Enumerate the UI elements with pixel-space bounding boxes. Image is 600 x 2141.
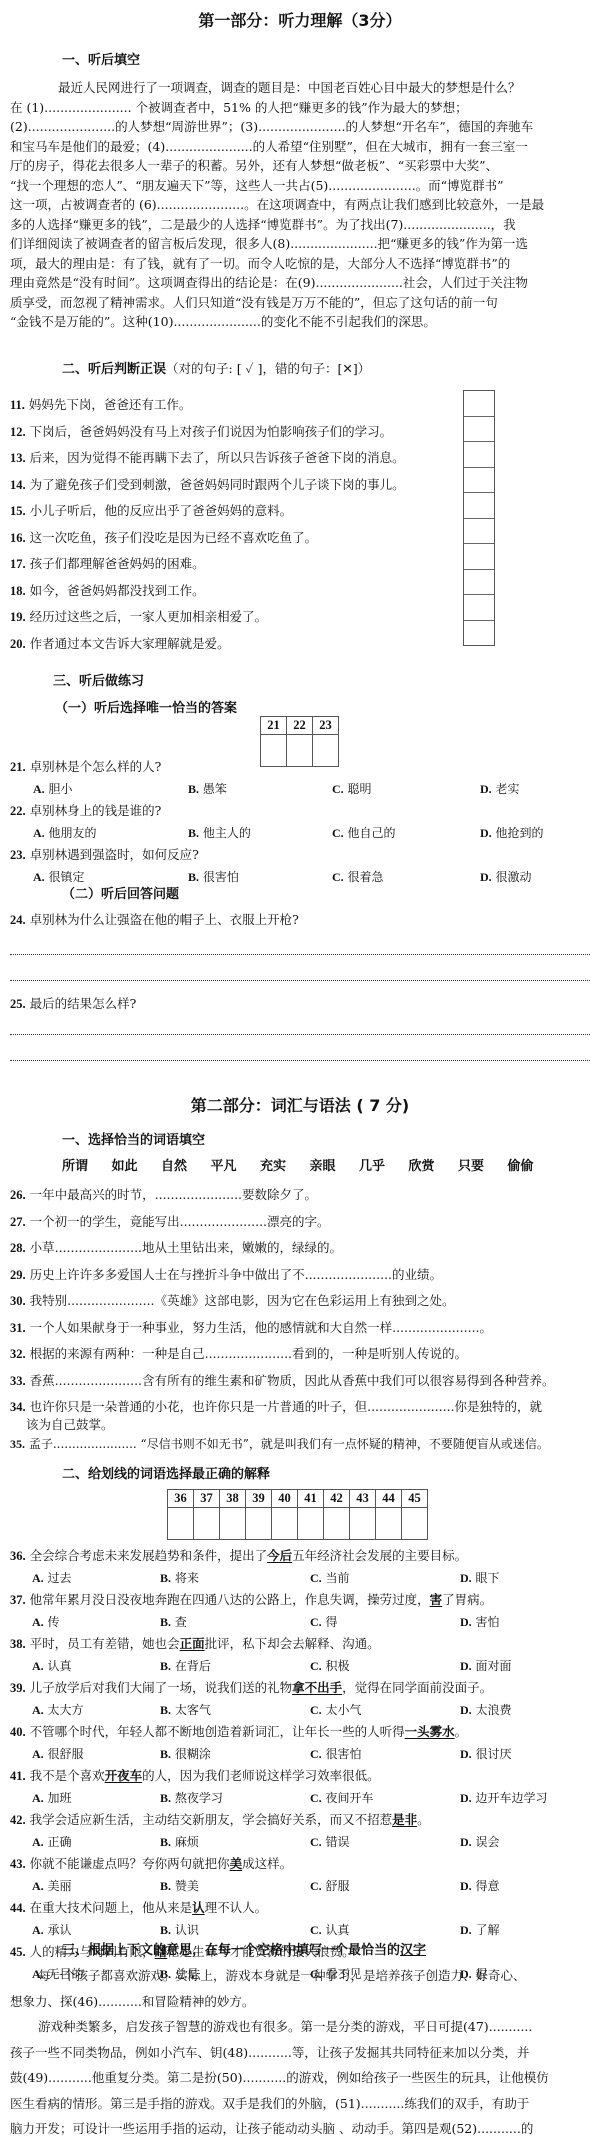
option[interactable]: B. 将来 [160, 1568, 199, 1590]
question: 39. 儿子放学后对我们大闹了一场，说我们送的礼物拿不出手，觉得在同学面前没面子… [10, 1677, 590, 1700]
option[interactable]: A. 很舒服 [32, 1744, 84, 1766]
passage-line: 们详细阅读了被调查者的留言板后发现，很多人(8)................… [10, 234, 590, 254]
fill-item: 31. 一个人如果献身于一种事业，努力生活，他的感情就和大自然一样.......… [10, 1315, 590, 1342]
fill-item: 30. 我特别......................《英雄》这部电影，因为… [10, 1288, 590, 1315]
answer-line[interactable] [10, 980, 590, 983]
tf-item: 12. 下岗后，爸爸妈妈没有马上对孩子们说因为怕影响孩子们的学习。 [10, 419, 460, 446]
options-row: A. 他朋友的 B. 他主人的 C. 他自己的 D. 他抢到的 [10, 822, 590, 844]
passage-line: (2)......................的人梦想“周游世界”；(3).… [10, 117, 590, 137]
fill-item: 29. 历史上许许多多爱国人士在与挫折斗争中做出了不..............… [10, 1262, 590, 1289]
answer-box[interactable] [464, 468, 494, 494]
fill-blank-passage: 最近人民网进行了一项调查，调查的题目是：中国老百姓心目中最大的梦想是什么？ 在 … [10, 78, 590, 332]
question: 21. 卓别林是个怎么样的人? [10, 756, 590, 778]
passage-line: “金钱不是万能的”。这种(10)......................的变… [10, 312, 590, 332]
question: 43. 你就不能谦虚点吗？夸你两句就把你美成这样。 [10, 1853, 590, 1876]
underlined-word: 今后 [267, 1548, 292, 1563]
mc-answer-grid-36-45: 36373839404142434445 [167, 1489, 428, 1540]
underlined-word: 是非 [392, 1812, 417, 1827]
option[interactable]: C. 得 [310, 1612, 338, 1634]
part2-sec2-title: 二、给划线的词语选择最正确的解释 [62, 1463, 270, 1482]
part1-sec3-sub2-title: （二）听后回答问题 [62, 883, 179, 902]
option[interactable]: C. 积极 [310, 1656, 350, 1678]
cloze-passage-2: 游戏种类繁多，启发孩子智慧的游戏也有很多。第一是分类的游戏，平日可提(47)..… [10, 2014, 590, 2141]
answer-box[interactable] [464, 621, 494, 646]
option[interactable]: C. 错误 [310, 1832, 350, 1854]
option[interactable]: D. 很讨厌 [460, 1744, 512, 1766]
question: 40. 不管哪个时代，年轻人都不断地创造着新词汇，让年长一些的人听得一头雾水。 [10, 1721, 590, 1744]
option[interactable]: C. 当前 [310, 1568, 350, 1590]
option[interactable]: D. 了解 [460, 1920, 500, 1942]
answer-box[interactable] [464, 595, 494, 621]
option[interactable]: A. 他朋友的 [33, 822, 97, 844]
mc-questions-21-23: 21. 卓别林是个怎么样的人? A. 胆小 B. 愚笨 C. 聪明 D. 老实 … [10, 756, 590, 888]
fill-item: 27. 一个初一的学生，竟能写出......................漂亮… [10, 1209, 590, 1236]
options-row: A. 太大方B. 太客气C. 太小气D. 太浪费 [10, 1700, 590, 1722]
question: 23. 卓别林遇到强盗时，如何反应? [10, 844, 590, 866]
option[interactable]: C. 他自己的 [332, 822, 396, 844]
option[interactable]: A. 太大方 [32, 1700, 84, 1722]
fill-item: 32. 根据的来源有两种：一种是自己......................… [10, 1341, 590, 1368]
part1-sec1-title: 一、听后填空 [62, 49, 140, 68]
part2-sec3-title: 三、根据上下文的意思，在每一个空格中填写一个最恰当的汉字 [62, 1939, 426, 1958]
options-row: A. 传B. 查C. 得D. 害怕 [10, 1612, 590, 1634]
option[interactable]: A. 美丽 [32, 1876, 72, 1898]
fill-item: 34. 也许你只是一朵普通的小花，也许你只是一片普通的叶子，但.........… [10, 1394, 590, 1434]
options-row: A. 过去B. 将来C. 当前D. 眼下 [10, 1568, 590, 1590]
option[interactable]: B. 麻烦 [160, 1832, 199, 1854]
tf-item: 15. 小儿子听后，他的反应出乎了爸爸妈妈的意料。 [10, 498, 460, 525]
true-false-answer-boxes[interactable] [463, 390, 495, 646]
question: 42. 我学会适应新生活，主动结交新朋友，学会搞好关系，而又不招惹是非。 [10, 1809, 590, 1832]
open-question-25: 25. 最后的结果怎么样? [10, 994, 470, 1012]
word-bank-item: 所谓 [62, 1155, 112, 1174]
part1-sec3-sub1-title: （一）听后选择唯一恰当的答案 [55, 697, 237, 716]
answer-box[interactable] [464, 519, 494, 545]
passage-line: 在 (1)...................... 个被调查者中，51% 的… [10, 98, 590, 118]
option[interactable]: B. 熬夜学习 [160, 1788, 223, 1810]
underlined-word: 美 [230, 1856, 243, 1871]
underlined-word: 拿不出手 [292, 1680, 342, 1695]
option[interactable]: D. 误会 [460, 1832, 500, 1854]
tf-item: 14. 为了避免孩子们受到刺激，爸爸妈妈同时跟两个儿子谈下岗的事儿。 [10, 472, 460, 499]
answer-cell[interactable] [402, 1508, 428, 1540]
question: 41. 我不是个喜欢开夜车的人，因为我们老师说这样学习效率很低。 [10, 1765, 590, 1788]
passage-line: 和宝马车是他们的最爱；(4)......................的人希望… [10, 137, 590, 157]
question: 22. 卓别林身上的钱是谁的? [10, 800, 590, 822]
option[interactable]: B. 他主人的 [188, 822, 251, 844]
option[interactable]: D. 他抢到的 [480, 822, 544, 844]
passage-line: 项，最大的理由是：有了钱，就有了一切。而令人吃惊的是，大部分人不选择“博览群书”… [10, 254, 590, 274]
word-bank-item: 如此 [112, 1155, 162, 1174]
word-bank-item: 充实 [260, 1155, 310, 1174]
option[interactable]: C. 夜间开车 [310, 1788, 374, 1810]
part2-sec1-title: 一、选择恰当的词语填空 [62, 1129, 205, 1148]
part2-title: 第二部分：词汇与语法 ( 7 分) [0, 1093, 600, 1116]
option[interactable]: D. 得意 [460, 1876, 500, 1898]
option[interactable]: D. 害怕 [460, 1612, 500, 1634]
underlined-word: 认 [192, 1900, 205, 1915]
option[interactable]: A. 承认 [32, 1920, 72, 1942]
option[interactable]: A. 过去 [32, 1568, 72, 1590]
fill-item: 28. 小草......................地从土里钻出来，嫩嫩的，… [10, 1235, 590, 1262]
underlined-word-questions: 36. 全会综合考虑未来发展趋势和条件，提出了今后五年经济社会发展的主要目标。 … [10, 1545, 590, 1985]
option[interactable]: D. 很激动 [480, 866, 532, 888]
fill-word-list: 26. 一年中最高兴的时节，......................要数除夕… [10, 1182, 590, 1454]
option[interactable]: A. 传 [32, 1612, 60, 1634]
word-bank-item: 欣赏 [409, 1155, 459, 1174]
word-bank-item: 只要 [458, 1155, 508, 1174]
tf-item: 16. 这一次吃鱼，孩子们没吃是因为已经不喜欢吃鱼了。 [10, 525, 460, 552]
option[interactable]: B. 在背后 [160, 1656, 211, 1678]
option[interactable]: A. 加班 [32, 1788, 72, 1810]
question: 38. 平时，员工有差错，她也会正面批评，私下却会去解释、沟通。 [10, 1633, 590, 1656]
part1-sec2-heading: 二、听后判断正误（对的句子: [ ✓ ]，错的句子：[✕]） [62, 358, 370, 377]
option[interactable]: C. 很着急 [332, 866, 384, 888]
question: 36. 全会综合考虑未来发展趋势和条件，提出了今后五年经济社会发展的主要目标。 [10, 1545, 590, 1568]
fill-item: 26. 一年中最高兴的时节，......................要数除夕… [10, 1182, 590, 1209]
options-row: A. 认真B. 在背后C. 积极D. 面对面 [10, 1656, 590, 1678]
option[interactable]: A. 正确 [32, 1832, 72, 1854]
option[interactable]: A. 胆小 [33, 778, 73, 800]
answer-box[interactable] [464, 544, 494, 570]
word-bank-item: 偷偷 [508, 1155, 558, 1174]
passage-line: 这一项，占被调查者的 (6)......................。在这项… [10, 195, 590, 215]
option[interactable]: B. 很糊涂 [160, 1744, 211, 1766]
answer-box[interactable] [464, 442, 494, 468]
option[interactable]: C. 认真 [310, 1920, 350, 1942]
answer-cell[interactable] [246, 1508, 272, 1540]
answer-cell[interactable] [220, 1508, 246, 1540]
option[interactable]: A. 认真 [32, 1656, 72, 1678]
word-bank-item: 亲眼 [310, 1155, 360, 1174]
word-bank-item: 自然 [161, 1155, 211, 1174]
answer-cell[interactable] [376, 1508, 402, 1540]
grid-header: 23 [313, 717, 339, 735]
options-row: A. 承认B. 认识C. 认真D. 了解 [10, 1920, 590, 1942]
option[interactable]: B. 太客气 [160, 1700, 211, 1722]
option[interactable]: C. 很害怕 [310, 1744, 362, 1766]
word-bank-item: 几乎 [359, 1155, 409, 1174]
part1-sec3-title: 三、听后做练习 [53, 670, 144, 689]
option[interactable]: B. 赞美 [160, 1876, 199, 1898]
passage-line: “找一个理想的恋人”、“朋友遍天下”等，这些人一共占(5)...........… [10, 176, 590, 196]
answer-cell[interactable] [298, 1508, 324, 1540]
option[interactable]: C. 舒服 [310, 1876, 350, 1898]
cloze-passage-1: 每一个孩子都喜欢游戏。实际上，游戏本身就是一种学习，是培养孩子创造力、好奇心、 … [10, 1963, 590, 2015]
options-row: A. 胆小 B. 愚笨 C. 聪明 D. 老实 [10, 778, 590, 800]
tf-item: 13. 后来，因为觉得不能再瞒下去了，所以只告诉孩子爸爸下岗的消息。 [10, 445, 460, 472]
answer-cell[interactable] [324, 1508, 350, 1540]
underlined-word: 害 [430, 1592, 443, 1607]
option[interactable]: B. 愚笨 [188, 778, 227, 800]
part1-sec2-subtitle: （对的句子: [ ✓ ]，错的句子：[✕]） [166, 361, 370, 376]
options-row: A. 正确B. 麻烦C. 错误D. 误会 [10, 1832, 590, 1854]
option[interactable]: B. 很害怕 [188, 866, 239, 888]
tf-item: 17. 孩子们都理解爸爸妈妈的困难。 [10, 551, 460, 578]
answer-cell[interactable] [272, 1508, 298, 1540]
grid-header: 22 [287, 717, 313, 735]
answer-box[interactable] [464, 493, 494, 519]
tf-item: 20. 作者通过本文告诉大家理解就是爱。 [10, 631, 460, 658]
answer-line[interactable] [10, 1060, 590, 1063]
fill-item: 33. 香蕉......................含有所有的维生素和矿物质… [10, 1368, 590, 1395]
option[interactable]: D. 面对面 [460, 1656, 512, 1678]
true-false-list: 11. 妈妈先下岗，爸爸还有工作。 12. 下岗后，爸爸妈妈没有马上对孩子们说因… [10, 392, 460, 657]
tf-item: 19. 经历过这些之后，一家人更加相亲相爱了。 [10, 604, 460, 631]
answer-line[interactable] [10, 1034, 590, 1037]
option[interactable]: D. 眼下 [460, 1568, 500, 1590]
answer-line[interactable] [10, 954, 590, 957]
answer-cell[interactable] [168, 1508, 194, 1540]
option[interactable]: D. 太浪费 [460, 1700, 512, 1722]
passage-line: 最近人民网进行了一项调查，调查的题目是：中国老百姓心目中最大的梦想是什么？ [10, 78, 590, 98]
passage-line: 质享受，而忽视了精神需求。人们只知道“没有钱是万万不能的”，但忘了这句话的前一句 [10, 293, 590, 313]
options-row: A. 美丽B. 赞美C. 舒服D. 得意 [10, 1876, 590, 1898]
tf-item: 18. 如今，爸爸妈妈都没找到工作。 [10, 578, 460, 605]
word-bank: 所谓如此自然平凡充实亲眼几乎欣赏只要偷偷 [62, 1155, 557, 1174]
answer-box[interactable] [464, 391, 494, 417]
grid-header: 21 [261, 717, 287, 735]
part1-title: 第一部分：听力理解（3分） [0, 8, 600, 31]
tf-item: 11. 妈妈先下岗，爸爸还有工作。 [10, 392, 460, 419]
passage-line: 理由竟然是“没有时间”。这项调查得出的结论是：在(9).............… [10, 273, 590, 293]
open-question-24: 24. 卓别林为什么让强盗在他的帽子上、衣服上开枪? [10, 910, 470, 928]
option[interactable]: D. 老实 [480, 778, 520, 800]
option[interactable]: C. 聪明 [332, 778, 372, 800]
underlined-word: 开夜车 [105, 1768, 143, 1783]
question: 37. 他常年累月没日没夜地奔跑在四通八达的公路上，作息失调，操劳过度，害了胃病… [10, 1589, 590, 1612]
word-bank-item: 平凡 [211, 1155, 261, 1174]
passage-line: 多的人选择“赚更多的钱”，二是最少的人选择“博览群书”。为了找出(7).....… [10, 215, 590, 235]
option[interactable]: B. 查 [160, 1612, 187, 1634]
options-row: A. 加班B. 熬夜学习C. 夜间开车D. 边开车边学习 [10, 1788, 590, 1810]
underlined-word: 一头雾水 [405, 1724, 455, 1739]
answer-box[interactable] [464, 417, 494, 443]
options-row: A. 很舒服B. 很糊涂C. 很害怕D. 很讨厌 [10, 1744, 590, 1766]
option[interactable]: B. 认识 [160, 1920, 199, 1942]
answer-cell[interactable] [194, 1508, 220, 1540]
answer-box[interactable] [464, 570, 494, 596]
answer-cell[interactable] [350, 1508, 376, 1540]
fill-item: 35. 孟子...................... “尽信书则不如无书”，… [10, 1434, 590, 1454]
question: 44. 在重大技术问题上，他从来是认理不认人。 [10, 1897, 590, 1920]
part1-sec2-title: 二、听后判断正误 [62, 362, 166, 377]
underlined-word: 正面 [180, 1636, 205, 1651]
option[interactable]: C. 太小气 [310, 1700, 362, 1722]
passage-line: 厅的房子，得花去很多人一辈子的积蓄。另外，还有人梦想“做老板”、“买彩票中大奖”… [10, 156, 590, 176]
option[interactable]: D. 边开车边学习 [460, 1788, 548, 1810]
